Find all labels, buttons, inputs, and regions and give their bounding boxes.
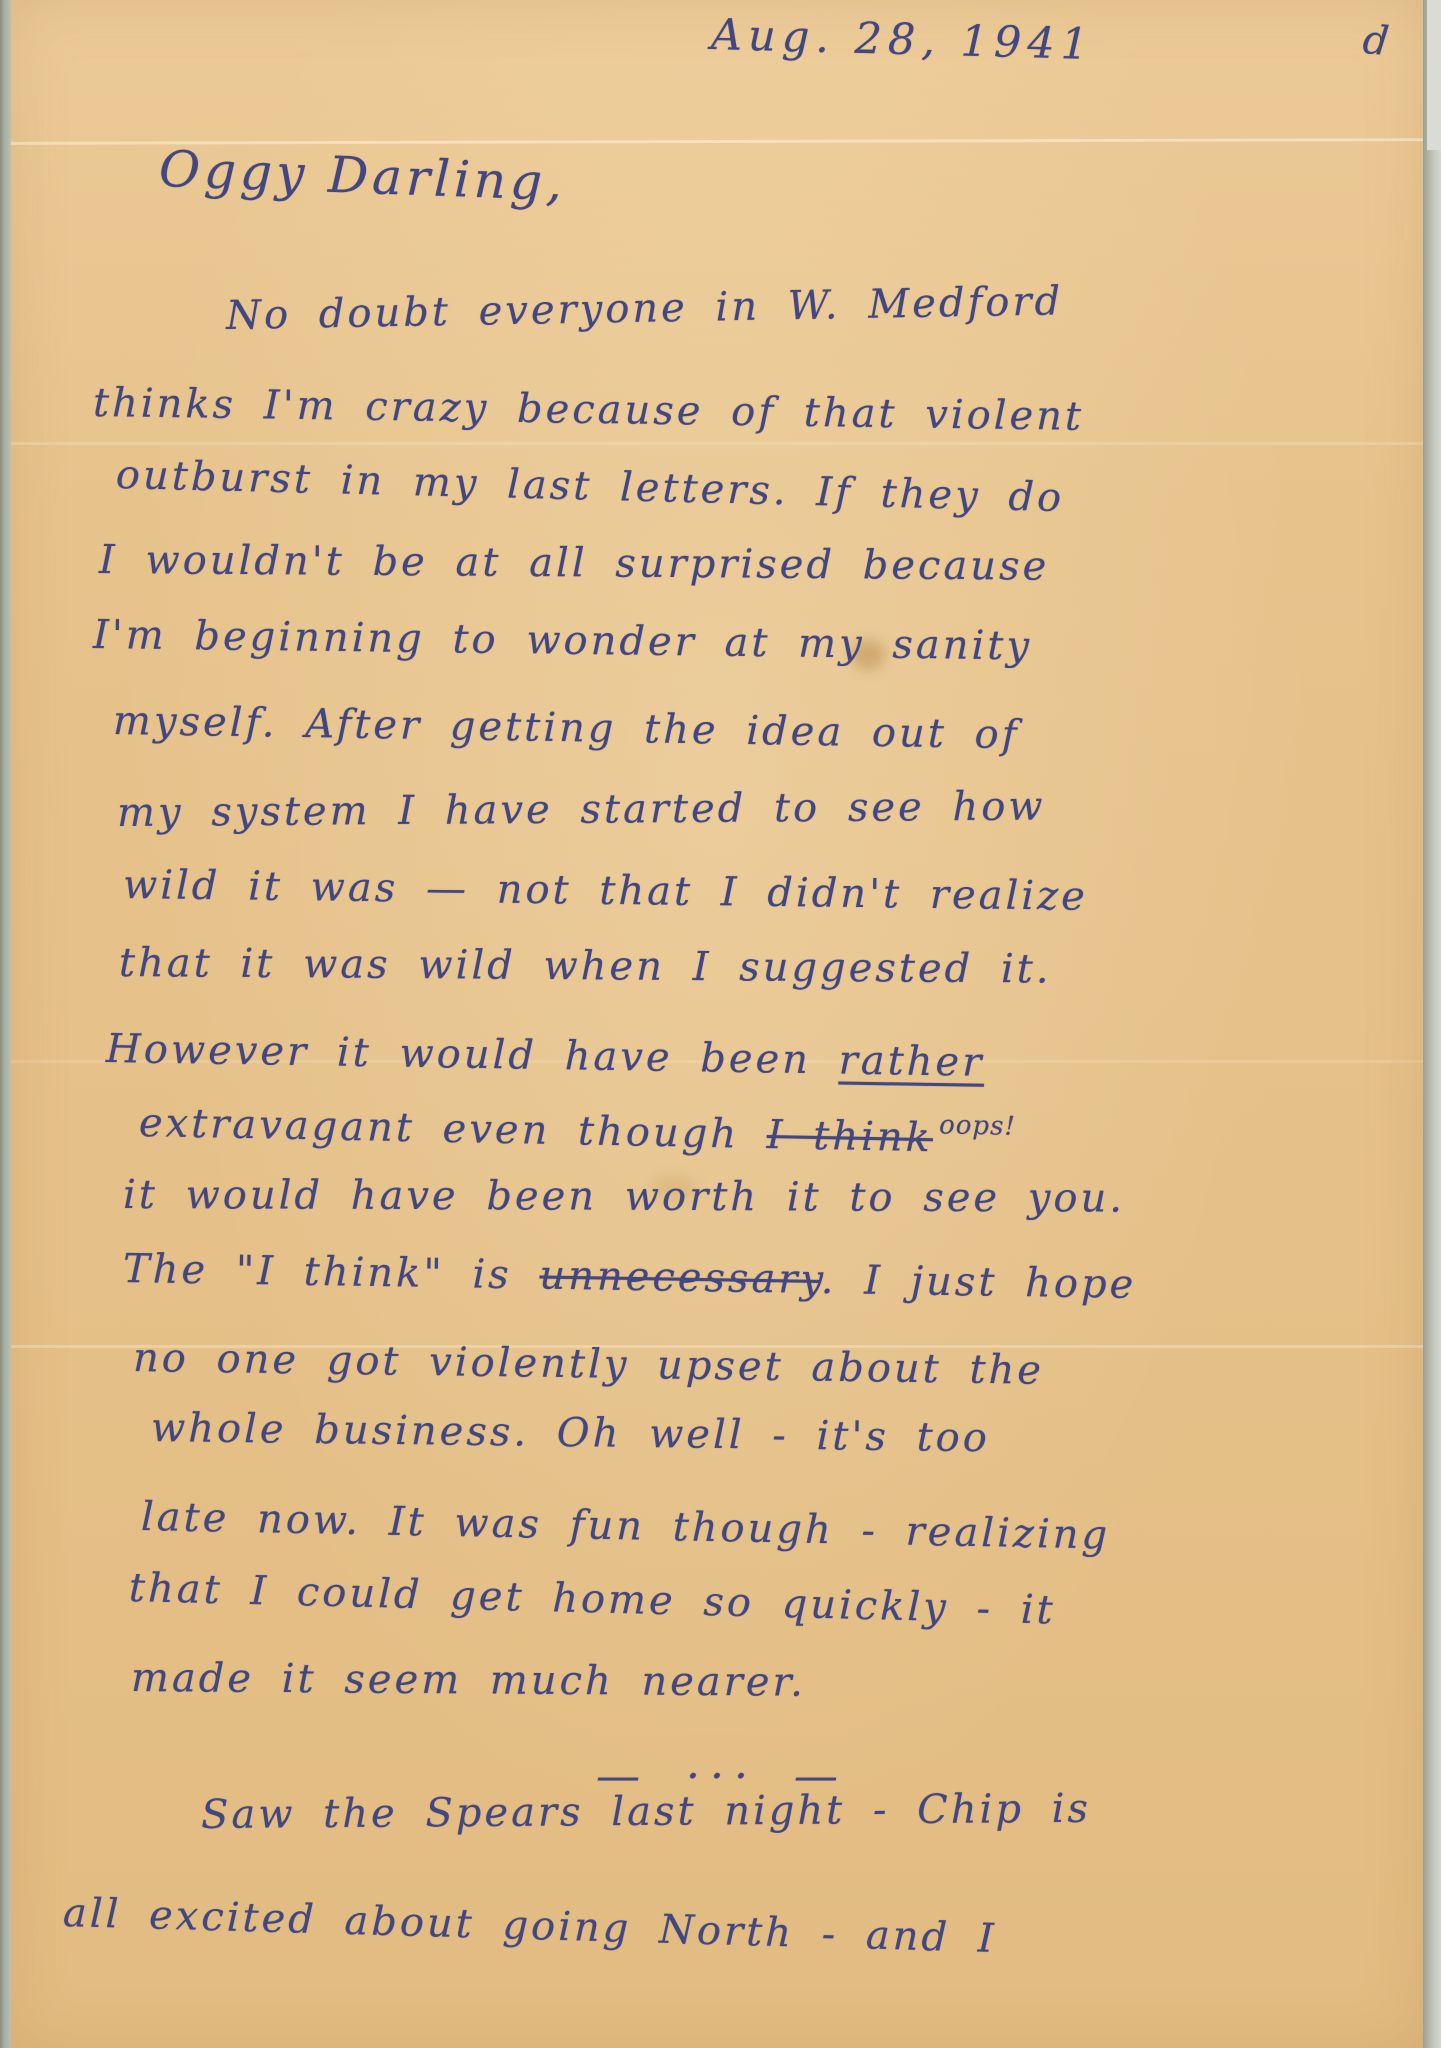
letter-line: my system I have started to see how [117, 784, 1046, 836]
letter-line-segment: that I could get home so quickly - it [128, 1565, 1056, 1634]
letter-line-segment: extravagant even though [139, 1100, 768, 1158]
letter-line: late now. It was fun though - realizing [141, 1494, 1111, 1559]
letter-line-segment: . I just hope [820, 1257, 1136, 1308]
letter-line: The "I think" is unnecessary. I just hop… [123, 1246, 1137, 1308]
letter-line: I wouldn't be at all surprised because [99, 537, 1050, 590]
letter-line: it would have been worth it to see you. [123, 1172, 1125, 1221]
letter-line: No doubt everyone in W. Medford [226, 278, 1064, 339]
letter-line: However it would have been rather [106, 1026, 985, 1086]
letter-line-segment: I'm beginning to wonder at my sanity [93, 612, 1033, 669]
letter-line-segment: late now. It was fun though - realizing [141, 1494, 1111, 1559]
letter-salutation: Oggy Darling, [158, 141, 567, 213]
scan-edge-left [0, 0, 11, 2048]
letter-line-segment: made it seem much nearer. [131, 1655, 806, 1706]
paper-crease [11, 442, 1423, 445]
letter-line: Saw the Spears last night - Chip is [201, 1786, 1091, 1838]
letter-line-segment: myself. After getting the idea out of [113, 698, 1020, 758]
letter-line: made it seem much nearer. [131, 1655, 806, 1706]
letter-line-segment-strike: unnecessary [539, 1253, 821, 1303]
letter-line-segment: it would have been worth it to see you. [123, 1172, 1125, 1221]
letter-line-segment: wild it was — not that I didn't realize [123, 862, 1088, 920]
letter-line-segment: thinks I'm crazy because of that violent [93, 380, 1085, 440]
letter-line-segment: no one got violently upset about the [133, 1335, 1045, 1394]
letter-line-segment: No doubt everyone in W. Medford [226, 278, 1064, 339]
page-corner-mark: d [1361, 17, 1391, 65]
letter-line: wild it was — not that I didn't realize [123, 862, 1088, 920]
letter-line-segment: However it would have been [106, 1026, 839, 1084]
letter-line: all excited about going North - and I [62, 1890, 997, 1962]
letter-line-segment: I wouldn't be at all surprised because [99, 537, 1050, 590]
letter-line: that I could get home so quickly - it [128, 1565, 1056, 1634]
letter-paper: Aug. 28, 1941 d Oggy Darling, No doubt e… [11, 0, 1423, 2048]
scan-edge-right [1423, 0, 1441, 2048]
letter-line-segment: outburst in my last letters. If they do [115, 452, 1064, 521]
letter-date: Aug. 28, 1941 [710, 11, 1094, 70]
letter-line-segment: whole business. Oh well - it's too [151, 1405, 990, 1461]
letter-line-segment: The "I think" is [123, 1246, 540, 1299]
letter-line-segment-oops: oops! [939, 1110, 1016, 1141]
letter-line: that it was wild when I suggested it. [119, 940, 1052, 993]
letter-line: myself. After getting the idea out of [113, 698, 1020, 758]
letter-line: outburst in my last letters. If they do [115, 452, 1064, 521]
letter-line-segment: all excited about going North - and I [62, 1890, 997, 1962]
scanned-letter: Aug. 28, 1941 d Oggy Darling, No doubt e… [0, 0, 1441, 2048]
letter-line: no one got violently upset about the [133, 1335, 1045, 1394]
letter-line-segment-underline: rather [838, 1038, 984, 1086]
letter-line: I'm beginning to wonder at my sanity [93, 612, 1033, 669]
letter-line: thinks I'm crazy because of that violent [93, 380, 1085, 440]
letter-line-segment: Saw the Spears last night - Chip is [201, 1786, 1091, 1838]
scan-corner-top-right [1427, 0, 1441, 150]
letter-line-segment: that it was wild when I suggested it. [119, 940, 1052, 993]
letter-line: extravagant even though I thinkoops! [139, 1100, 1017, 1163]
letter-line-segment: my system I have started to see how [117, 784, 1046, 836]
letter-line-segment-strike: I think [766, 1112, 933, 1161]
letter-line: whole business. Oh well - it's too [151, 1405, 990, 1461]
